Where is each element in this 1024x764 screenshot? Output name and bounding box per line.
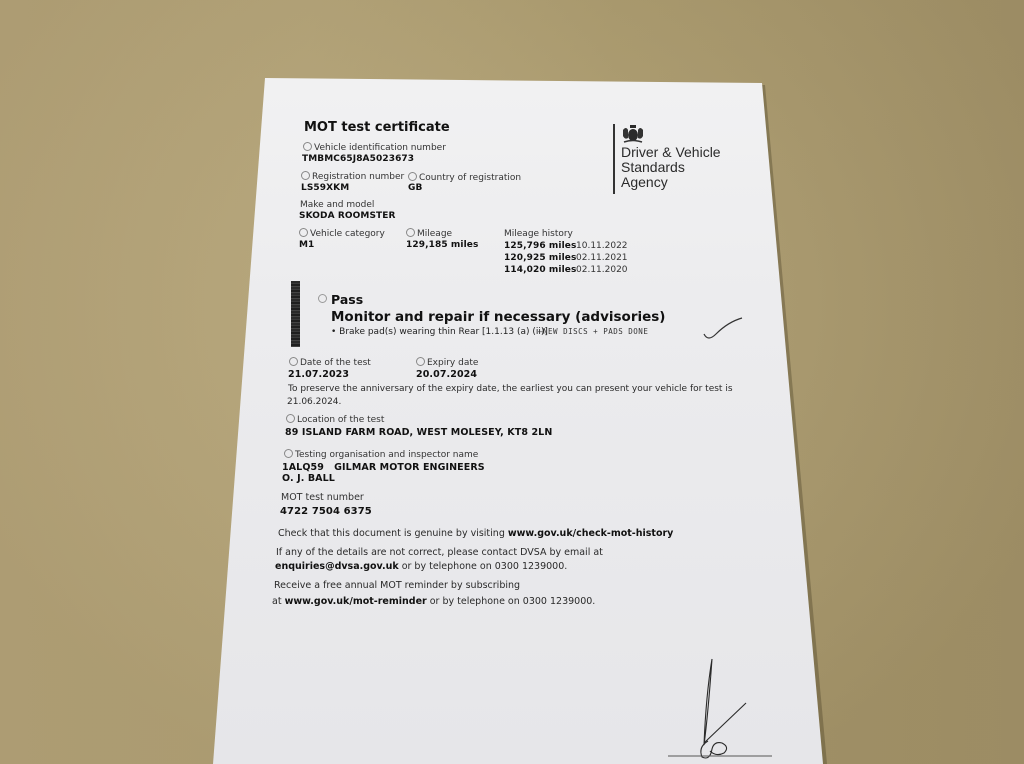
advisory-item: • Brake pad(s) wearing thin Rear [1.1.13… <box>331 327 548 337</box>
expiry-date-label-text: Expiry date <box>427 358 478 368</box>
test-number-value: 4722 7504 6375 <box>280 506 372 517</box>
barcode-strip <box>291 281 300 347</box>
certificate-content: MOT test certificate Driver & Vehicle St… <box>0 0 1024 764</box>
vin-label-text: Vehicle identification number <box>314 143 446 153</box>
history-miles: 114,020 miles <box>504 264 576 276</box>
contact-line1: If any of the details are not correct, p… <box>276 547 603 558</box>
reminder-line1: Receive a free annual MOT reminder by su… <box>274 580 520 591</box>
history-miles: 125,796 miles <box>504 240 576 252</box>
field-number-icon <box>301 171 310 180</box>
category-value: M1 <box>299 240 314 250</box>
field-number-icon <box>289 357 298 366</box>
anniversary-note-line1: To preserve the anniversary of the expir… <box>288 384 733 394</box>
advisories-heading: Monitor and repair if necessary (advisor… <box>331 309 665 325</box>
reminder-prefix: at <box>272 596 285 607</box>
make-model-value: SKODA ROOMSTER <box>299 211 396 221</box>
history-date: 10.11.2022 <box>576 240 628 252</box>
test-date-label: Date of the test <box>289 357 371 368</box>
field-number-icon <box>299 228 308 237</box>
result-status: Pass <box>318 289 363 308</box>
category-label: Vehicle category <box>299 228 385 239</box>
contact-line2: enquiries@dvsa.gov.uk or by telephone on… <box>275 561 567 572</box>
mileage-history-row: 114,020 miles 02.11.2020 <box>504 264 628 276</box>
history-miles: 120,925 miles <box>504 252 576 264</box>
check-mot-history-link[interactable]: www.gov.uk/check-mot-history <box>508 528 674 539</box>
reminder-line2: at www.gov.uk/mot-reminder or by telepho… <box>272 596 595 607</box>
certificate-title: MOT test certificate <box>304 120 450 135</box>
tester-inspector: O. J. BALL <box>282 473 335 484</box>
test-date-label-text: Date of the test <box>300 358 371 368</box>
mileage-label: Mileage <box>406 228 452 239</box>
mileage-history-row: 125,796 miles 10.11.2022 <box>504 240 628 252</box>
reminder-suffix: or by telephone on 0300 1239000. <box>427 596 596 607</box>
mileage-value: 129,185 miles <box>406 240 478 250</box>
mot-reminder-link[interactable]: www.gov.uk/mot-reminder <box>285 596 427 607</box>
test-number-label: MOT test number <box>281 492 364 503</box>
mileage-history-list: 125,796 miles 10.11.2022 120,925 miles 0… <box>504 240 628 276</box>
field-number-icon <box>408 172 417 181</box>
country-label: Country of registration <box>408 172 521 183</box>
vin-value: TMBMC65J8A5023673 <box>302 154 414 164</box>
mileage-history-label: Mileage history <box>504 229 573 239</box>
expiry-date-label: Expiry date <box>416 357 478 368</box>
handwritten-note: —NEW DISCS + PADS DONE <box>538 327 648 336</box>
field-number-icon <box>318 294 327 303</box>
location-value: 89 ISLAND FARM ROAD, WEST MOLESEY, KT8 2… <box>285 427 552 438</box>
country-value: GB <box>408 183 422 193</box>
royal-crest-icon <box>620 124 646 144</box>
mileage-label-text: Mileage <box>417 229 452 239</box>
field-number-icon <box>406 228 415 237</box>
handwritten-checkmark-icon <box>700 312 745 340</box>
field-number-icon <box>416 357 425 366</box>
pass-status: Pass <box>331 292 363 307</box>
expiry-date-value: 20.07.2024 <box>416 369 477 380</box>
country-label-text: Country of registration <box>419 173 521 183</box>
tester-org: 1ALQ59 GILMAR MOTOR ENGINEERS <box>282 462 485 473</box>
test-date-value: 21.07.2023 <box>288 369 349 380</box>
tester-label-text: Testing organisation and inspector name <box>295 450 478 460</box>
field-number-icon <box>286 414 295 423</box>
make-model-label: Make and model <box>300 200 374 210</box>
registration-label-text: Registration number <box>312 172 404 182</box>
field-number-icon <box>303 142 312 151</box>
location-label: Location of the test <box>286 414 384 425</box>
dvsa-divider <box>613 124 615 194</box>
registration-label: Registration number <box>301 171 404 182</box>
dvsa-email-link[interactable]: enquiries@dvsa.gov.uk <box>275 561 399 572</box>
signature-icon <box>660 655 780 764</box>
history-date: 02.11.2020 <box>576 264 628 276</box>
field-number-icon <box>284 449 293 458</box>
history-date: 02.11.2021 <box>576 252 628 264</box>
tester-label: Testing organisation and inspector name <box>284 449 478 460</box>
mileage-history-row: 120,925 miles 02.11.2021 <box>504 252 628 264</box>
registration-value: LS59XKM <box>301 183 349 193</box>
location-label-text: Location of the test <box>297 415 384 425</box>
anniversary-note-line2: 21.06.2024. <box>287 397 341 407</box>
vin-label: Vehicle identification number <box>303 142 446 153</box>
genuine-check-text: Check that this document is genuine by v… <box>278 528 673 539</box>
genuine-check-prefix: Check that this document is genuine by v… <box>278 528 508 539</box>
dvsa-name: Driver & Vehicle Standards Agency <box>621 145 721 190</box>
contact-suffix: or by telephone on 0300 1239000. <box>399 561 568 572</box>
category-label-text: Vehicle category <box>310 229 385 239</box>
